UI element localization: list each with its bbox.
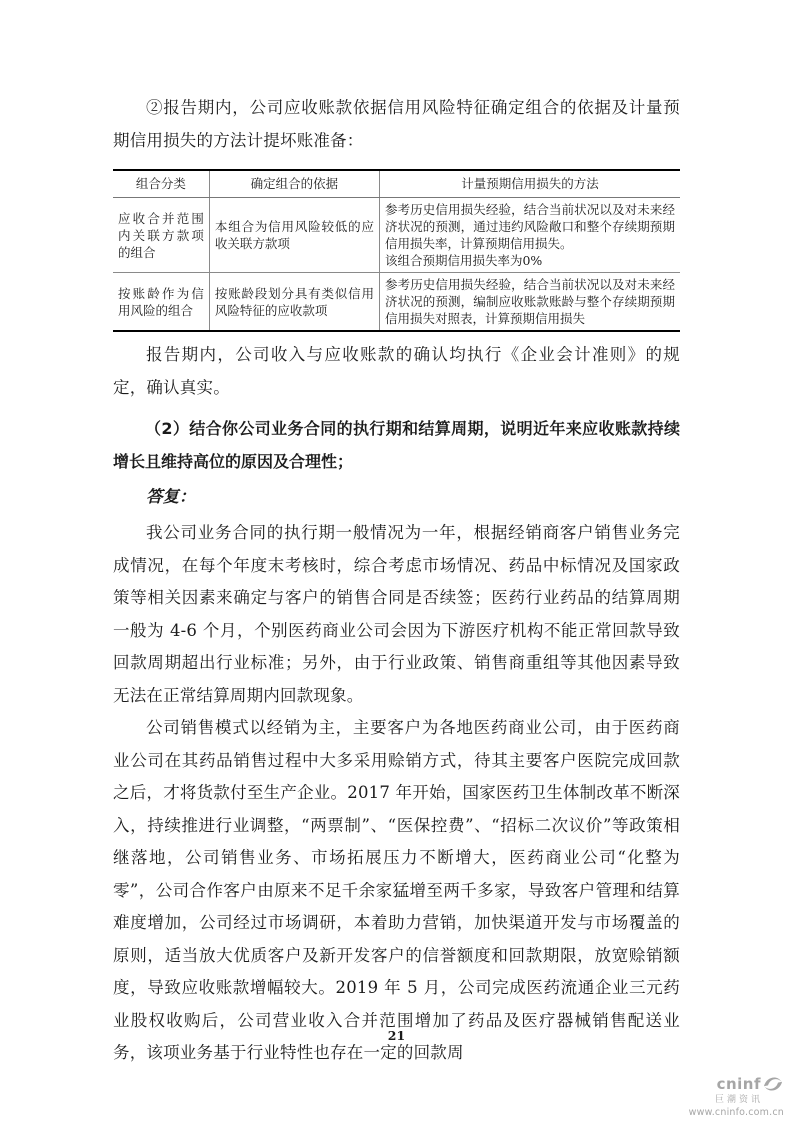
header-basis: 确定组合的依据 [209, 170, 379, 198]
cell-category: 按账龄作为信用风险的组合 [113, 273, 209, 332]
document-page: ②报告期内，公司应收账款依据信用风险特征确定组合的依据及计量预期信用损失的方法计… [0, 0, 793, 1122]
cell-method: 参考历史信用损失经验，结合当前状况以及对未来经济状况的预测，编制应收账款账龄与整… [379, 273, 680, 332]
cell-category: 应收合并范围内关联方款项的组合 [113, 198, 209, 273]
cell-method: 参考历史信用损失经验，结合当前状况以及对未来经济状况的预测，通过违约风险敞口和整… [379, 198, 680, 273]
question-heading: （2）结合你公司业务合同的执行期和结算周期，说明近年来应收账款持续增长且维持高位… [113, 412, 680, 478]
header-method: 计量预期信用损失的方法 [379, 170, 680, 198]
logo-row: cninf [689, 1074, 784, 1094]
logo-url: www.cninfo.com.cn [689, 1108, 784, 1118]
logo-brand-text: cninf [717, 1077, 761, 1092]
table-header-row: 组合分类 确定组合的依据 计量预期信用损失的方法 [113, 170, 680, 198]
reply-label: 答复： [113, 480, 680, 513]
page-number: 21 [0, 1028, 793, 1043]
cell-basis: 按账龄段划分具有类似信用风险特征的应收款项 [209, 273, 379, 332]
reply-paragraph-1: 我公司业务合同的执行期一般情况为一年，根据经销商客户销售业务完成情况，在每个年度… [113, 517, 680, 712]
table-row: 按账龄作为信用风险的组合 按账龄段划分具有类似信用风险特征的应收款项 参考历史信… [113, 273, 680, 332]
swirl-icon [762, 1074, 784, 1094]
header-category: 组合分类 [113, 170, 209, 198]
cninfo-logo: cninf 巨潮资讯 www.cninfo.com.cn [689, 1074, 784, 1118]
table-header: 组合分类 确定组合的依据 计量预期信用损失的方法 [113, 170, 680, 198]
confirmation-paragraph: 报告期内，公司收入与应收账款的确认均执行《企业会计准则》的规定，确认真实。 [113, 339, 680, 404]
document-content: ②报告期内，公司应收账款依据信用风险特征确定组合的依据及计量预期信用损失的方法计… [113, 92, 680, 1070]
reply-paragraph-2: 公司销售模式以经销为主，主要客户为各地医药商业公司，由于医药商业公司在其药品销售… [113, 712, 680, 1070]
logo-chinese-name: 巨潮资讯 [689, 1096, 784, 1105]
table-row: 应收合并范围内关联方款项的组合 本组合为信用风险较低的应收关联方款项 参考历史信… [113, 198, 680, 273]
cell-basis: 本组合为信用风险较低的应收关联方款项 [209, 198, 379, 273]
intro-paragraph: ②报告期内，公司应收账款依据信用风险特征确定组合的依据及计量预期信用损失的方法计… [113, 92, 680, 157]
credit-loss-table: 组合分类 确定组合的依据 计量预期信用损失的方法 应收合并范围内关联方款项的组合… [113, 169, 680, 332]
